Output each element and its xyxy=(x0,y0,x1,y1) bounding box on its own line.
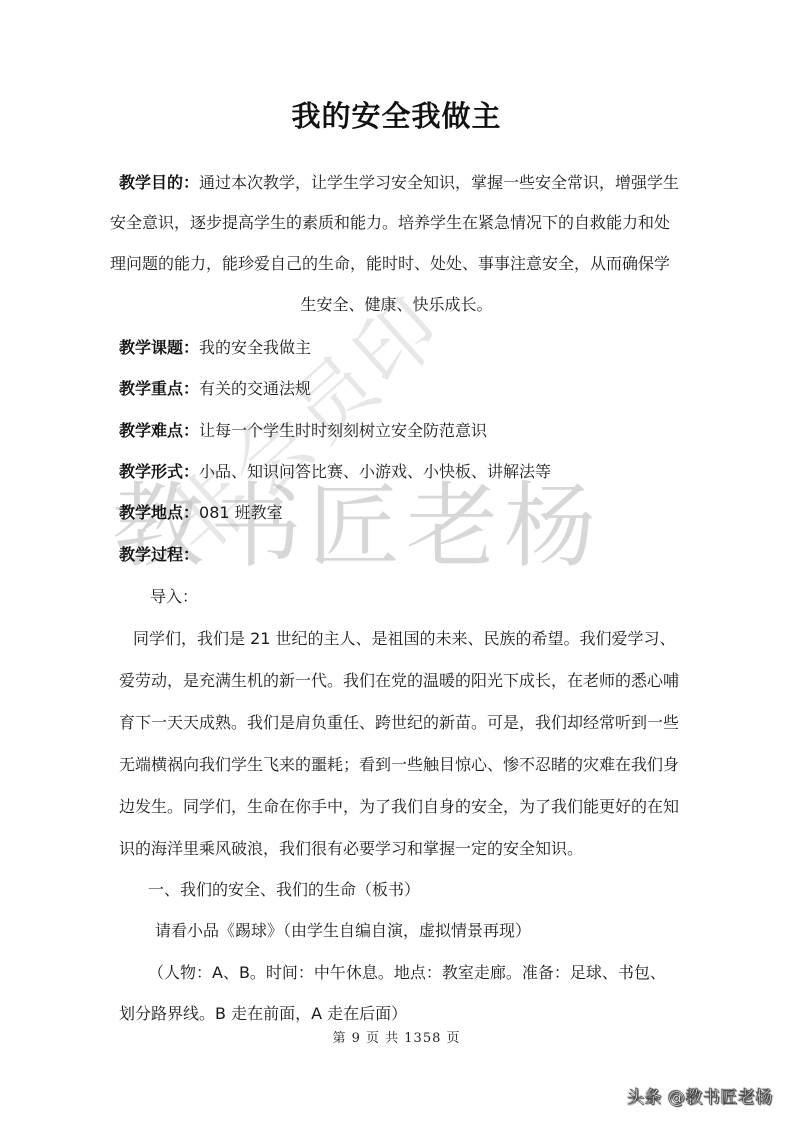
field-topic-value: 我的安全我做主 xyxy=(199,338,311,357)
field-topic: 教学课题：我的安全我做主 xyxy=(119,337,311,359)
field-difficulty: 教学难点：让每一个学生时时刻刻树立安全防范意识 xyxy=(119,420,487,442)
field-focus-value: 有关的交通法规 xyxy=(199,379,311,398)
field-topic-label: 教学课题： xyxy=(119,338,199,357)
objective-label: 教学目的： xyxy=(119,173,199,192)
field-format-label: 教学形式： xyxy=(119,462,199,481)
field-focus: 教学重点：有关的交通法规 xyxy=(119,378,311,400)
intro-line-4: 无端横祸向我们学生飞来的噩耗；看到一些触目惊心、惨不忍睹的灾难在我们身 xyxy=(119,754,679,776)
field-process: 教学过程： xyxy=(119,544,199,566)
source-credit: 头条 @教书匠老杨 xyxy=(627,1083,773,1108)
objective-line-3: 理问题的能力，能珍爱自己的生命，能时时、处处、事事注意安全，从而确保学 xyxy=(110,253,670,275)
objective-line-4: 生安全、健康、快乐成长。 xyxy=(0,294,793,316)
field-focus-label: 教学重点： xyxy=(119,379,199,398)
objective-line-2: 安全意识，逐步提高学生的素质和能力。培养学生在紧急情况下的自救能力和处 xyxy=(110,212,670,234)
field-difficulty-value: 让每一个学生时时刻刻树立安全防范意识 xyxy=(199,421,487,440)
page-indicator: 第 9 页 共 1358 页 xyxy=(0,1027,793,1046)
skit-setup-line-1: （人物：A、B。时间：中午休息。地点：教室走廊。准备：足球、书包、 xyxy=(148,962,666,984)
intro-label: 导入： xyxy=(150,586,198,608)
field-format-value: 小品、知识问答比赛、小游戏、小快板、讲解法等 xyxy=(199,462,551,481)
section-heading-1: 一、我们的安全、我们的生命（板书） xyxy=(148,879,420,901)
skit-setup-line-2: 划分路界线。B 走在前面，A 走在后面） xyxy=(119,1003,407,1025)
field-location-label: 教学地点： xyxy=(119,503,199,522)
document-title: 我的安全我做主 xyxy=(0,94,793,135)
objective-line-1: 教学目的：通过本次教学，让学生学习安全知识，掌握一些安全常识，增强学生 xyxy=(119,172,679,194)
field-location-value: 081 班教室 xyxy=(199,503,283,522)
field-location: 教学地点：081 班教室 xyxy=(119,502,283,524)
field-format: 教学形式：小品、知识问答比赛、小游戏、小快板、讲解法等 xyxy=(119,461,551,483)
field-difficulty-label: 教学难点： xyxy=(119,421,199,440)
intro-line-5: 边发生。同学们，生命在你手中，为了我们自身的安全，为了我们能更好的在知 xyxy=(119,796,679,818)
intro-line-6: 识的海洋里乘风破浪，我们很有必要学习和掌握一定的安全知识。 xyxy=(119,838,583,860)
intro-line-1: 同学们，我们是 21 世纪的主人、是祖国的未来、民族的希望。我们爱学习、 xyxy=(133,628,676,650)
intro-line-3: 育下一天天成熟。我们是肩负重任、跨世纪的新苗。可是，我们却经常听到一些 xyxy=(119,712,679,734)
skit-intro: 请看小品《踢球》（由学生自编自演，虚拟情景再现） xyxy=(155,920,531,942)
field-process-label: 教学过程： xyxy=(119,545,199,564)
intro-line-2: 爱劳动，是充满生机的新一代。我们在党的温暖的阳光下成长，在老师的悉心哺 xyxy=(119,670,679,692)
document-page: 教书匠老杨 非会员印 我的安全我做主 教学目的：通过本次教学，让学生学习安全知识… xyxy=(0,0,793,1122)
objective-text-1: 通过本次教学，让学生学习安全知识，掌握一些安全常识，增强学生 xyxy=(199,173,679,192)
